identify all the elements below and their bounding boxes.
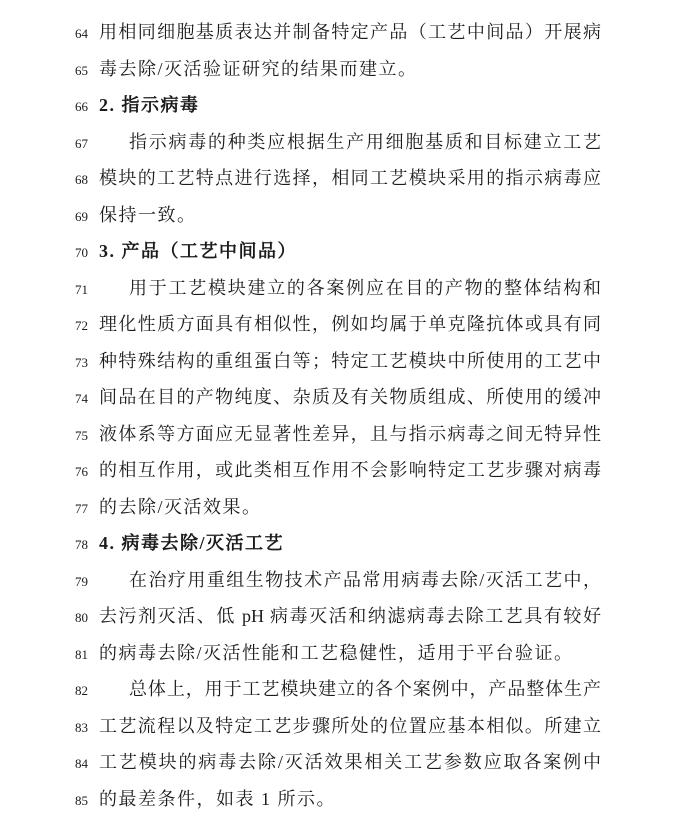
line-number: 65	[0, 53, 88, 90]
line-text: 理化性质方面具有相似性，例如均属于单克隆抗体或具有同	[99, 306, 601, 343]
document-line: 72理化性质方面具有相似性，例如均属于单克隆抗体或具有同	[0, 306, 700, 343]
document-line: 75液体系等方面应无显著性差异，且与指示病毒之间无特异性	[0, 416, 700, 453]
line-number: 69	[0, 199, 88, 236]
line-text: 的最差条件，如表 1 所示。	[99, 781, 601, 817]
document-line: 71用于工艺模块建立的各案例应在目的产物的整体结构和	[0, 270, 700, 307]
document-heading-line: 784. 病毒去除/灭活工艺	[0, 525, 700, 562]
document-page: 64用相同细胞基质表达并制备特定产品（工艺中间品）开展病65毒去除/灭活验证研究…	[0, 0, 700, 817]
line-text: 在治疗用重组生物技术产品常用病毒去除/灭活工艺中，	[99, 562, 601, 599]
line-number: 74	[0, 381, 88, 418]
line-number: 82	[0, 673, 88, 710]
line-text: 用于工艺模块建立的各案例应在目的产物的整体结构和	[99, 270, 601, 307]
line-number: 68	[0, 162, 88, 199]
document-line: 74间品在目的产物纯度、杂质及有关物质组成、所使用的缓冲	[0, 379, 700, 416]
line-text: 3. 产品（工艺中间品）	[99, 233, 601, 270]
line-text: 种特殊结构的重组蛋白等；特定工艺模块中所使用的工艺中	[99, 343, 601, 380]
line-number: 70	[0, 235, 88, 272]
document-line: 85的最差条件，如表 1 所示。	[0, 781, 700, 817]
line-number: 80	[0, 600, 88, 637]
line-number: 79	[0, 564, 88, 601]
document-body: 64用相同细胞基质表达并制备特定产品（工艺中间品）开展病65毒去除/灭活验证研究…	[0, 14, 700, 817]
document-line: 80去污剂灭活、低 pH 病毒灭活和纳滤病毒去除工艺具有较好	[0, 598, 700, 635]
line-text: 的去除/灭活效果。	[99, 489, 601, 526]
document-line: 67指示病毒的种类应根据生产用细胞基质和目标建立工艺	[0, 124, 700, 161]
document-line: 84工艺模块的病毒去除/灭活效果相关工艺参数应取各案例中	[0, 744, 700, 781]
document-line: 69保持一致。	[0, 197, 700, 234]
document-line: 77的去除/灭活效果。	[0, 489, 700, 526]
document-line: 65毒去除/灭活验证研究的结果而建立。	[0, 51, 700, 88]
line-number: 77	[0, 491, 88, 528]
line-text: 间品在目的产物纯度、杂质及有关物质组成、所使用的缓冲	[99, 379, 601, 416]
line-text: 的病毒去除/灭活性能和工艺稳健性，适用于平台验证。	[99, 635, 601, 672]
document-line: 73种特殊结构的重组蛋白等；特定工艺模块中所使用的工艺中	[0, 343, 700, 380]
line-text: 工艺模块的病毒去除/灭活效果相关工艺参数应取各案例中	[99, 744, 601, 781]
line-text: 2. 指示病毒	[99, 87, 601, 124]
line-text: 模块的工艺特点进行选择，相同工艺模块采用的指示病毒应	[99, 160, 601, 197]
document-line: 81的病毒去除/灭活性能和工艺稳健性，适用于平台验证。	[0, 635, 700, 672]
line-text: 去污剂灭活、低 pH 病毒灭活和纳滤病毒去除工艺具有较好	[99, 598, 601, 635]
line-text: 的相互作用，或此类相互作用不会影响特定工艺步骤对病毒	[99, 452, 601, 489]
line-number: 75	[0, 418, 88, 455]
document-line: 79在治疗用重组生物技术产品常用病毒去除/灭活工艺中，	[0, 562, 700, 599]
document-heading-line: 662. 指示病毒	[0, 87, 700, 124]
document-line: 76的相互作用，或此类相互作用不会影响特定工艺步骤对病毒	[0, 452, 700, 489]
document-line: 68模块的工艺特点进行选择，相同工艺模块采用的指示病毒应	[0, 160, 700, 197]
line-number: 84	[0, 746, 88, 783]
line-number: 78	[0, 527, 88, 564]
line-number: 67	[0, 126, 88, 163]
document-line: 64用相同细胞基质表达并制备特定产品（工艺中间品）开展病	[0, 14, 700, 51]
line-number: 73	[0, 345, 88, 382]
line-number: 66	[0, 89, 88, 126]
line-text: 总体上，用于工艺模块建立的各个案例中，产品整体生产	[99, 671, 601, 708]
line-text: 用相同细胞基质表达并制备特定产品（工艺中间品）开展病	[99, 14, 601, 51]
line-number: 72	[0, 308, 88, 345]
line-number: 64	[0, 16, 88, 53]
line-number: 83	[0, 710, 88, 747]
line-text: 液体系等方面应无显著性差异，且与指示病毒之间无特异性	[99, 416, 601, 453]
line-number: 81	[0, 637, 88, 674]
document-heading-line: 703. 产品（工艺中间品）	[0, 233, 700, 270]
document-line: 82总体上，用于工艺模块建立的各个案例中，产品整体生产	[0, 671, 700, 708]
document-line: 83工艺流程以及特定工艺步骤所处的位置应基本相似。所建立	[0, 708, 700, 745]
line-text: 指示病毒的种类应根据生产用细胞基质和目标建立工艺	[99, 124, 601, 161]
line-number: 76	[0, 454, 88, 491]
line-text: 工艺流程以及特定工艺步骤所处的位置应基本相似。所建立	[99, 708, 601, 745]
line-text: 4. 病毒去除/灭活工艺	[99, 525, 601, 562]
line-number: 71	[0, 272, 88, 309]
line-text: 保持一致。	[99, 197, 601, 234]
line-text: 毒去除/灭活验证研究的结果而建立。	[99, 51, 601, 88]
line-number: 85	[0, 783, 88, 817]
